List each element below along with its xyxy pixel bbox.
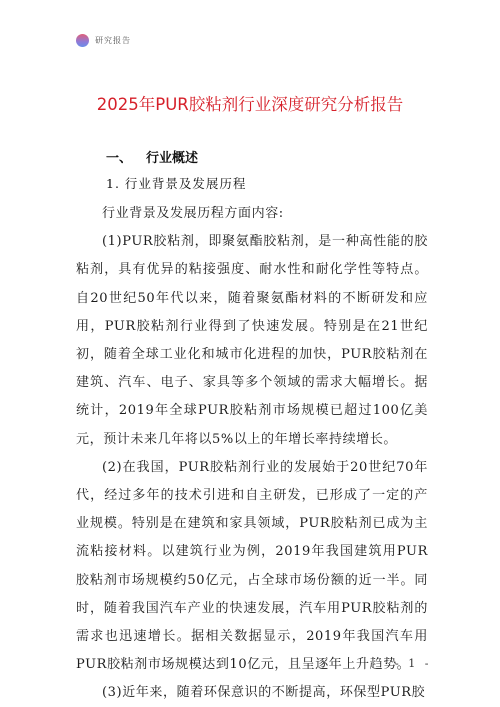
page-number: - 1 - [395, 657, 431, 670]
section-heading: 一、行业概述 [106, 147, 198, 166]
logo-icon [76, 34, 89, 47]
document-body: 行业背景及发展历程方面内容: (1)PUR胶粘剂，即聚氨酯胶粘剂，是一种高性能的… [76, 200, 428, 707]
section-number: 一、 [106, 151, 132, 166]
paragraph-intro: 行业背景及发展历程方面内容: [76, 200, 428, 228]
paragraph-3: (3)近年来，随着环保意识的不断提高，环保型PUR胶 [76, 679, 428, 707]
header-label: 研究报告 [95, 35, 131, 46]
section-title: 行业概述 [146, 151, 198, 166]
paragraph-2: (2)在我国，PUR胶粘剂行业的发展始于20世纪70年代，经过多年的技术引进和自… [76, 454, 428, 680]
paragraph-1: (1)PUR胶粘剂，即聚氨酯胶粘剂，是一种高性能的胶粘剂，具有优异的粘接强度、耐… [76, 228, 428, 454]
page-header: 研究报告 [76, 34, 131, 47]
subsection-heading: 1. 行业背景及发展历程 [106, 174, 246, 192]
document-title: 2025年PUR胶粘剂行业深度研究分析报告 [0, 91, 500, 115]
